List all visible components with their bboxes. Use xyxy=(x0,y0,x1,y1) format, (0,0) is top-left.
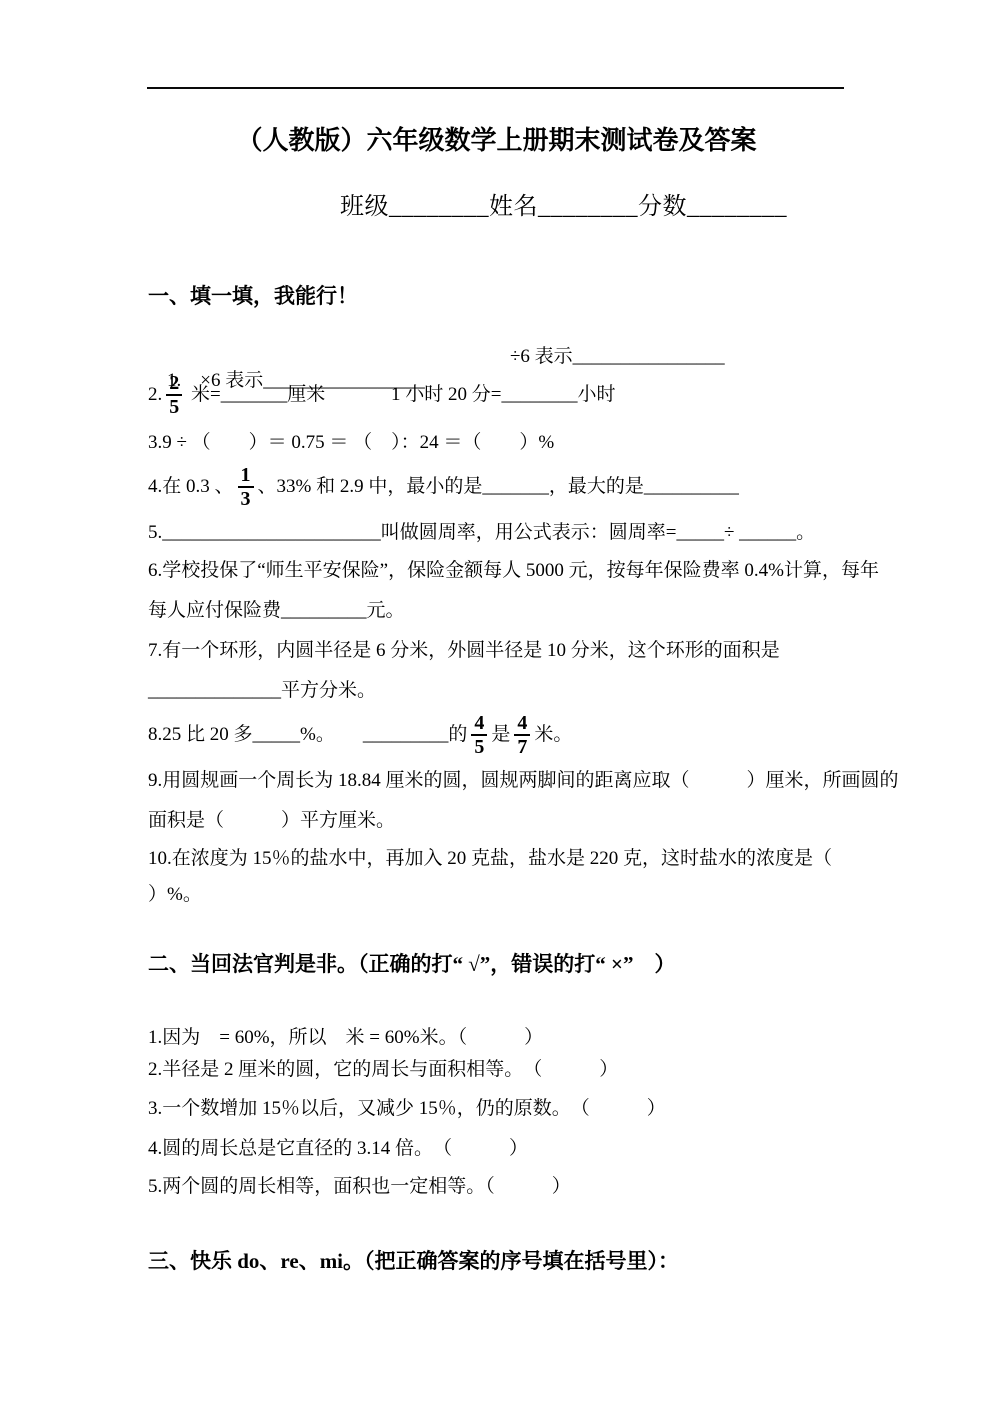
fraction-denominator: 7 xyxy=(517,736,527,758)
s2-item-5: 5.两个圆的周长相等，面积也一定相等。（ ） xyxy=(148,1175,938,1199)
section2-heading: 二、当回法官判是非。（正确的打“ √”，错误的打“ ×” ） xyxy=(148,951,676,977)
s1-q8-post: 米。 xyxy=(534,723,572,747)
s1-q4: 4.在 0.3 、 1 3 、33% 和 2.9 中，最小的是_______，最… xyxy=(148,461,938,513)
fraction-numerator: 1 xyxy=(238,464,254,488)
fraction-denominator: 5 xyxy=(169,396,179,418)
fraction-denominator: 5 xyxy=(474,736,484,758)
section3-heading: 三、快乐 do、re、mi。（把正确答案的序号填在括号里）： xyxy=(148,1248,679,1274)
s1-q2: 2. 2 5 米=_______厘米 1 小时 20 分=________小时 xyxy=(148,369,938,421)
s2-item-1: 1.因为 = 60%，所以 米 = 60%米。（ ） xyxy=(148,1026,938,1050)
section1-heading: 一、填一填，我能行！ xyxy=(148,283,358,309)
s1-q4-post: 、33% 和 2.9 中，最小的是_______，最大的是__________ xyxy=(258,475,739,499)
s1-q2-number: 2. xyxy=(148,383,162,407)
fraction-numerator: 4 xyxy=(514,712,530,736)
s1-q9-line2: 面积是（ ）平方厘米。 xyxy=(148,809,938,833)
s1-q7-line2: ______________平方分米。 xyxy=(148,679,938,703)
student-info-line: 班级________姓名________分数________ xyxy=(340,186,787,221)
fraction-numerator: 2 xyxy=(166,372,182,396)
s1-q6-line1: 6.学校投保了“师生平安保险”，保险金额每人 5000 元，按每年保险费率 0.… xyxy=(148,559,938,583)
s1-q1-right: ÷6 表示________________ xyxy=(510,345,725,369)
fraction-1-3: 1 3 xyxy=(238,464,254,510)
s1-q3: 3.9 ÷ （ ）＝ 0.75 ＝ （ ）：24 ＝（ ）% xyxy=(148,431,938,455)
page-title: （人教版）六年级数学上册期末测试卷及答案 xyxy=(148,120,845,157)
fraction-numerator: 4 xyxy=(471,712,487,736)
s1-q8-mid2: 是 xyxy=(491,723,510,747)
test-paper-page: （人教版）六年级数学上册期末测试卷及答案 班级________姓名_______… xyxy=(0,0,993,1404)
s1-q5: 5._______________________叫做圆周率，用公式表示：圆周率… xyxy=(148,521,938,545)
s1-q6-line2: 每人应付保险费_________元。 xyxy=(148,599,938,623)
s1-q10-line1: 10.在浓度为 15％的盐水中，再加入 20 克盐，盐水是 220 克，这时盐水… xyxy=(148,847,938,871)
s1-q10-line2: ）%。 xyxy=(148,883,938,907)
s2-item-3: 3.一个数增加 15％以后，又减少 15％，仍的原数。 （ ） xyxy=(148,1097,938,1121)
s1-q8-left: 8.25 比 20 多_____%。 xyxy=(148,723,335,747)
s1-q2-left-rest: 米=_______厘米 xyxy=(186,383,325,407)
header-rule xyxy=(147,87,844,89)
s1-q2-right: 1 小时 20 分=________小时 xyxy=(391,383,615,407)
s1-q8-mid: _________的 xyxy=(363,723,468,747)
fraction-4-7: 4 7 xyxy=(514,712,530,758)
fraction-denominator: 3 xyxy=(241,488,251,510)
fraction-4-5: 4 5 xyxy=(471,712,487,758)
s1-q7-line1: 7.有一个环形，内圆半径是 6 分米，外圆半径是 10 分米，这个环形的面积是 xyxy=(148,639,938,663)
s2-item-4: 4.圆的周长总是它直径的 3.14 倍。 （ ） xyxy=(148,1137,938,1161)
s1-q8: 8.25 比 20 多_____%。 _________的 4 5 是 4 7 … xyxy=(148,709,938,761)
fraction-2-5: 2 5 xyxy=(166,372,182,418)
s1-q4-pre: 4.在 0.3 、 xyxy=(148,475,234,499)
s2-item-2: 2.半径是 2 厘米的圆，它的周长与面积相等。 （ ） xyxy=(148,1058,938,1082)
s1-q9-line1: 9.用圆规画一个周长为 18.84 厘米的圆，圆规两脚间的距离应取（ ）厘米，所… xyxy=(148,769,938,793)
